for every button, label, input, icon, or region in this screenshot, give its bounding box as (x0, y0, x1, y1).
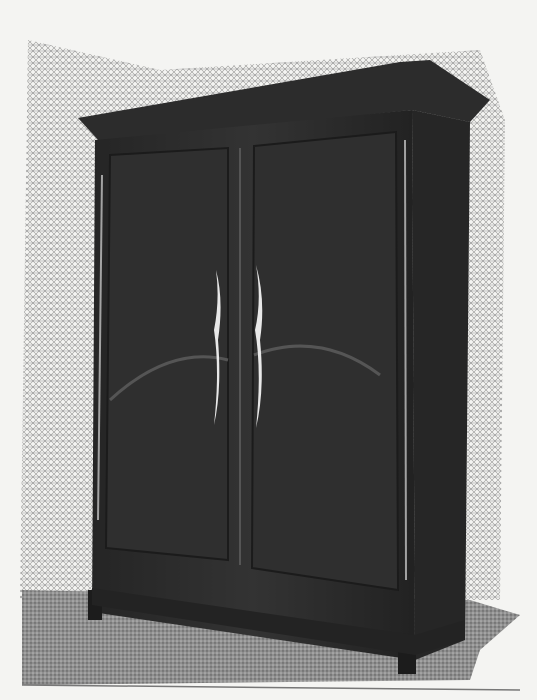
armoire-photograph (0, 0, 537, 700)
armoire (78, 60, 490, 674)
